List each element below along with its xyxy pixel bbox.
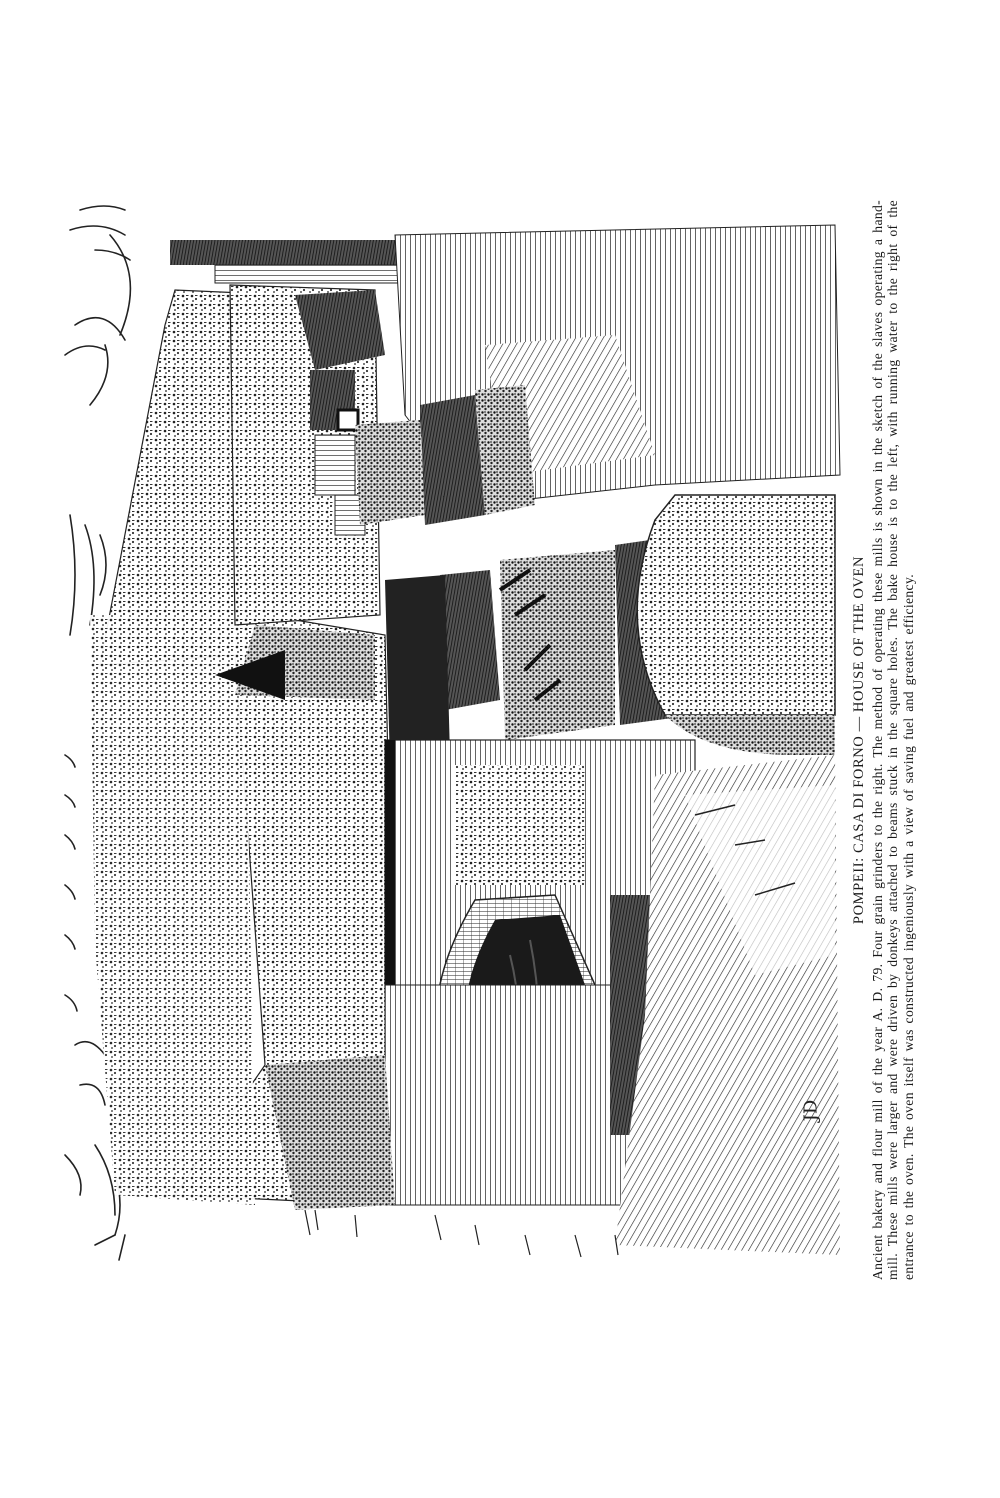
- caption-body: Ancient bakery and flour mill of the yea…: [870, 200, 916, 1280]
- artist-monogram: JD: [800, 1100, 821, 1122]
- sketch-drawing: [55, 195, 845, 1265]
- pompeii-oven-illustration: [55, 195, 845, 1265]
- caption-title: POMPEII: CASA DI FORNO — HOUSE OF THE OV…: [852, 200, 867, 1280]
- lintel-beam: [170, 240, 430, 265]
- book-page: JD POMPEII: CASA DI FORNO — HOUSE OF THE…: [0, 0, 1000, 1498]
- grass-tufts: [305, 1210, 618, 1257]
- caption: POMPEII: CASA DI FORNO — HOUSE OF THE OV…: [852, 200, 916, 1280]
- caption-block: POMPEII: CASA DI FORNO — HOUSE OF THE OV…: [852, 190, 932, 1290]
